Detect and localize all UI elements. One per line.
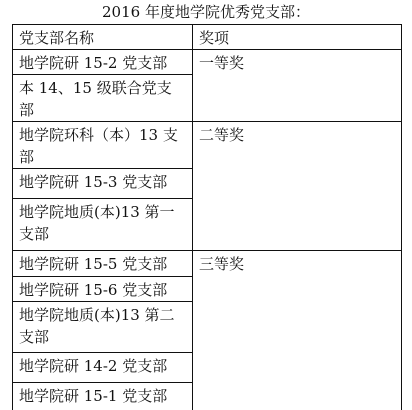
table-row: 地学院研 15-5 党支部 三等奖 [13,251,402,277]
header-branch-name: 党支部名称 [13,25,193,50]
table-row: 地学院环科（本）13 支部 二等奖 [13,122,402,169]
branch-name-cell: 地学院地质(本)13 第二支部 [13,302,193,353]
award-table: 党支部名称 奖项 地学院研 15-2 党支部 一等奖 本 14、15 级联合党支… [12,24,402,410]
header-award: 奖项 [193,25,402,50]
branch-name-cell: 地学院研 15-2 党支部 [13,50,193,75]
award-cell-third: 三等奖 [193,251,402,410]
branch-name-cell: 地学院研 15-1 党支部 [13,383,193,410]
award-cell-first: 一等奖 [193,50,402,122]
branch-name-cell: 地学院研 14-2 党支部 [13,353,193,383]
award-cell-second: 二等奖 [193,122,402,251]
branch-name-cell: 本 14、15 级联合党支部 [13,75,193,122]
branch-name-cell: 地学院研 15-6 党支部 [13,277,193,302]
table-header-row: 党支部名称 奖项 [13,25,402,50]
branch-name-cell: 地学院地质(本)13 第一支部 [13,199,193,251]
branch-name-cell: 地学院研 15-3 党支部 [13,169,193,199]
document-title: 2016 年度地学院优秀党支部： [0,3,412,21]
branch-name-cell: 地学院研 15-5 党支部 [13,251,193,277]
table-row: 地学院研 15-2 党支部 一等奖 [13,50,402,75]
branch-name-cell: 地学院环科（本）13 支部 [13,122,193,169]
